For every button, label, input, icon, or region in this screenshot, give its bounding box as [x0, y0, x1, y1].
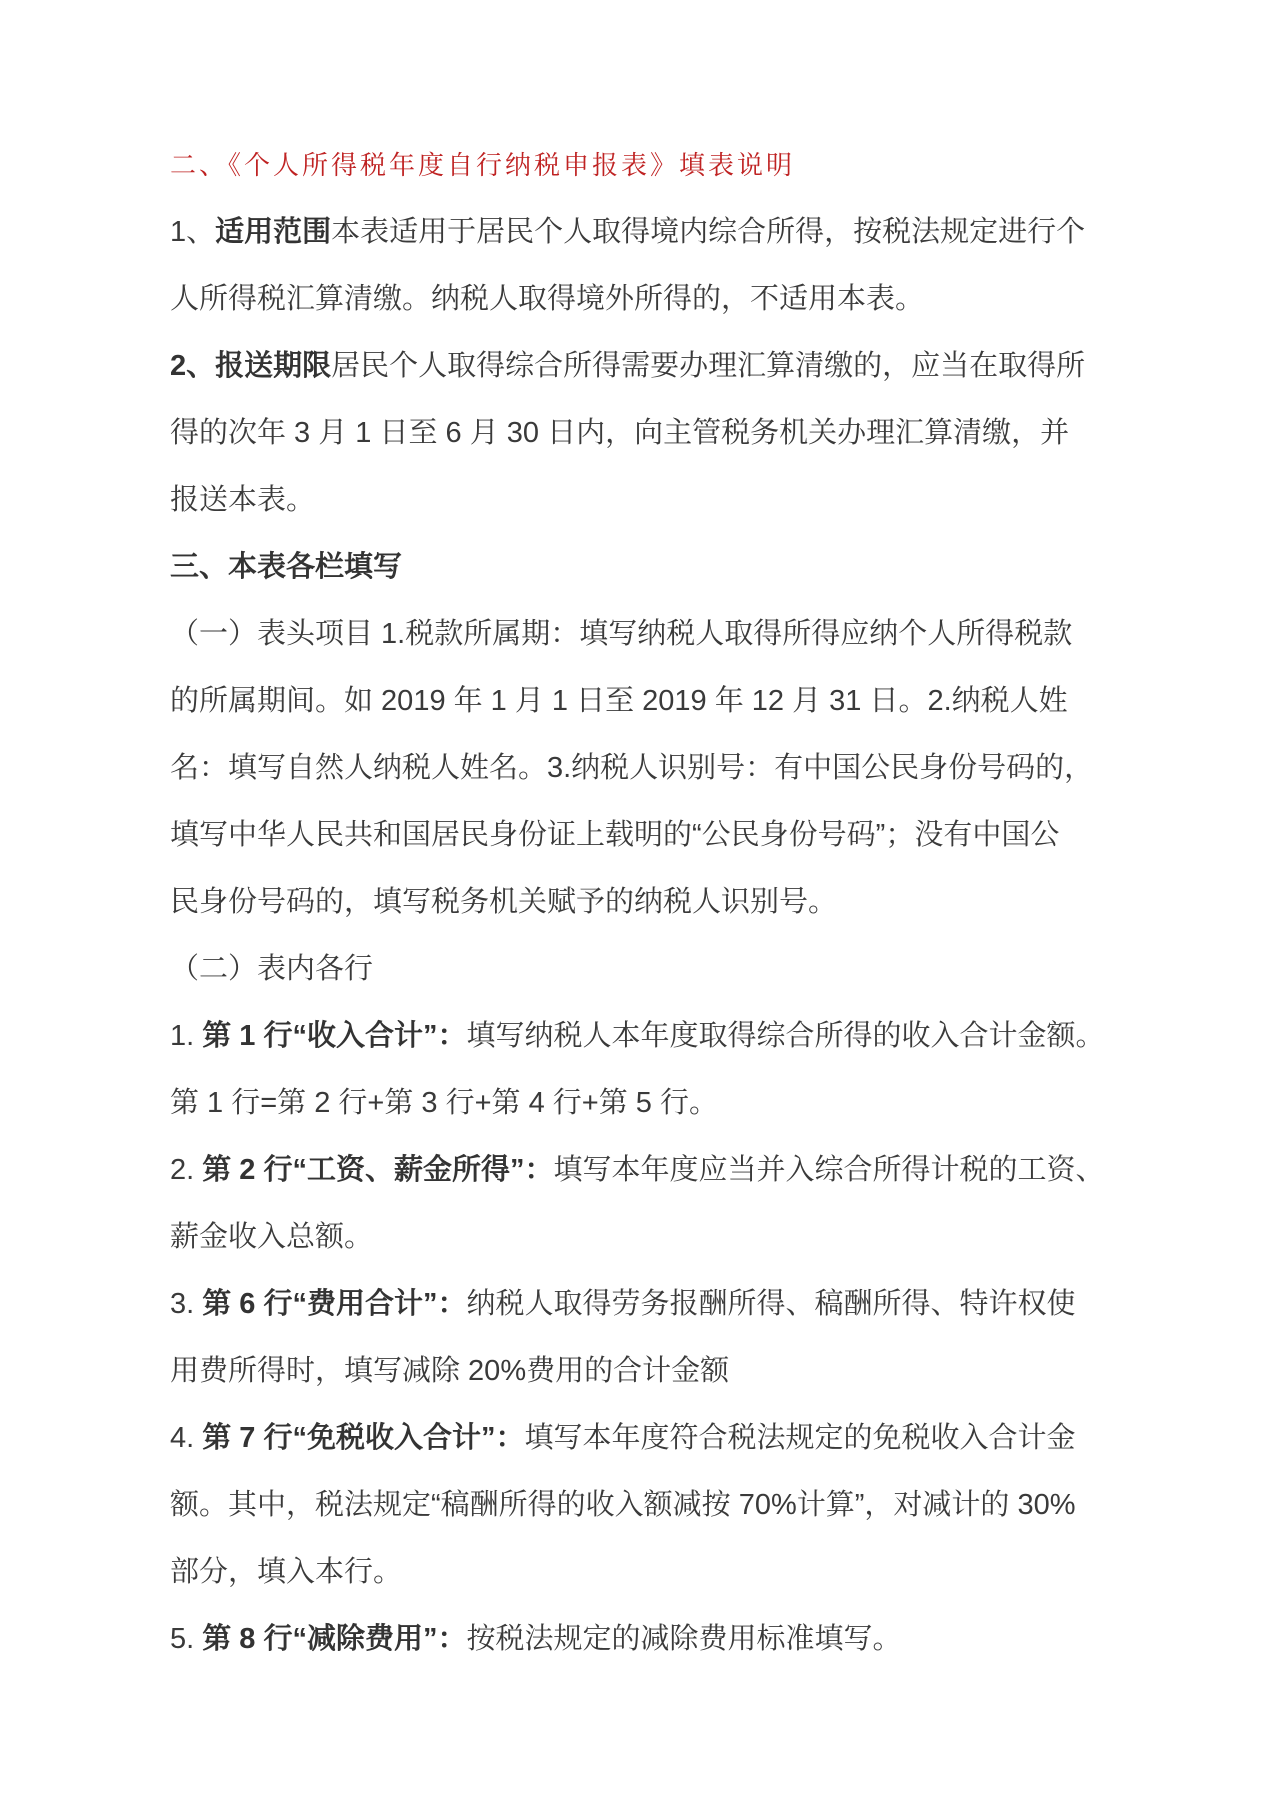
text-segment: 1.: [170, 1020, 202, 1052]
text-segment: 额。其中，税法规定“稿酬所得的收入额减按 70%计算”，对减计的 30%: [170, 1489, 1076, 1521]
text-segment: 居民个人取得综合所得需要办理汇算清缴的，应当在取得所: [331, 350, 1085, 382]
text-segment: （二）表内各行: [170, 953, 373, 985]
text-segment: 纳税人取得劳务报酬所得、稿酬所得、特许权使: [467, 1288, 1076, 1320]
text-line: （一）表头项目 1.税款所属期：填写纳税人取得所得应纳个人所得税款: [170, 601, 1130, 668]
text-segment-bold: 第 2 行“工资、薪金所得”：: [202, 1154, 553, 1186]
text-line: 薪金收入总额。: [170, 1204, 1130, 1271]
text-line: 4. 第 7 行“免税收入合计”：填写本年度符合税法规定的免税收入合计金: [170, 1405, 1130, 1472]
text-line: 2. 第 2 行“工资、薪金所得”：填写本年度应当并入综合所得计税的工资、: [170, 1137, 1130, 1204]
text-segment-bold: 第 1 行“收入合计”：: [202, 1020, 466, 1052]
text-segment: 4.: [170, 1422, 202, 1454]
text-segment: 的所属期间。如 2019 年 1 月 1 日至 2019 年 12 月 31 日…: [170, 685, 1068, 717]
text-segment: 填写本年度符合税法规定的免税收入合计金: [525, 1422, 1076, 1454]
text-segment: 用费所得时，填写减除 20%费用的合计金额: [170, 1355, 729, 1387]
text-line: 2、报送期限居民个人取得综合所得需要办理汇算清缴的，应当在取得所: [170, 333, 1130, 400]
text-line: 第 1 行=第 2 行+第 3 行+第 4 行+第 5 行。: [170, 1070, 1130, 1137]
text-line: （二）表内各行: [170, 936, 1130, 1003]
text-segment: 填写纳税人本年度取得综合所得的收入合计金额。: [467, 1020, 1105, 1052]
text-segment: 人所得税汇算清缴。纳税人取得境外所得的，不适用本表。: [170, 283, 924, 315]
text-segment-bold: 第 6 行“费用合计”：: [202, 1288, 466, 1320]
text-segment-bold: 2、报送期限: [170, 350, 331, 382]
text-segment-bold: 适用范围: [215, 216, 331, 248]
text-line: 报送本表。: [170, 467, 1130, 534]
text-segment: 5.: [170, 1623, 202, 1655]
text-line: 3. 第 6 行“费用合计”：纳税人取得劳务报酬所得、稿酬所得、特许权使: [170, 1271, 1130, 1338]
text-segment-bold: 三、本表各栏填写: [170, 551, 402, 583]
text-line: 人所得税汇算清缴。纳税人取得境外所得的，不适用本表。: [170, 266, 1130, 333]
text-segment: 本表适用于居民个人取得境内综合所得，按税法规定进行个: [331, 216, 1085, 248]
text-segment: 得的次年 3 月 1 日至 6 月 30 日内，向主管税务机关办理汇算清缴，并: [170, 417, 1069, 449]
text-segment-bold: 第 7 行“免税收入合计”：: [202, 1422, 524, 1454]
text-line: 用费所得时，填写减除 20%费用的合计金额: [170, 1338, 1130, 1405]
text-segment-bold: 第 8 行“减除费用”：: [202, 1623, 466, 1655]
text-line: 三、本表各栏填写: [170, 534, 1130, 601]
text-line: 填写中华人民共和国居民身份证上载明的“公民身份号码”；没有中国公: [170, 802, 1130, 869]
text-segment: 填写中华人民共和国居民身份证上载明的“公民身份号码”；没有中国公: [170, 819, 1059, 851]
text-segment: 部分，填入本行。: [170, 1556, 402, 1588]
document-page: 二、《个人所得税年度自行纳税申报表》填表说明 1、适用范围本表适用于居民个人取得…: [0, 0, 1280, 1810]
text-line: 1、适用范围本表适用于居民个人取得境内综合所得，按税法规定进行个: [170, 199, 1130, 266]
document-content: 二、《个人所得税年度自行纳税申报表》填表说明 1、适用范围本表适用于居民个人取得…: [170, 132, 1130, 1673]
text-segment: 民身份号码的，填写税务机关赋予的纳税人识别号。: [170, 886, 837, 918]
text-segment: 薪金收入总额。: [170, 1221, 373, 1253]
text-segment: 1、: [170, 216, 215, 248]
text-segment: 3.: [170, 1288, 202, 1320]
text-line: 的所属期间。如 2019 年 1 月 1 日至 2019 年 12 月 31 日…: [170, 668, 1130, 735]
text-line: 1. 第 1 行“收入合计”：填写纳税人本年度取得综合所得的收入合计金额。: [170, 1003, 1130, 1070]
text-line: 额。其中，税法规定“稿酬所得的收入额减按 70%计算”，对减计的 30%: [170, 1472, 1130, 1539]
text-line: 名：填写自然人纳税人姓名。3.纳税人识别号：有中国公民身份号码的，: [170, 735, 1130, 802]
text-line: 5. 第 8 行“减除费用”：按税法规定的减除费用标准填写。: [170, 1606, 1130, 1673]
text-segment: 名：填写自然人纳税人姓名。3.纳税人识别号：有中国公民身份号码的，: [170, 752, 1093, 784]
text-line: 民身份号码的，填写税务机关赋予的纳税人识别号。: [170, 869, 1130, 936]
text-line: 得的次年 3 月 1 日至 6 月 30 日内，向主管税务机关办理汇算清缴，并: [170, 400, 1130, 467]
text-segment: 报送本表。: [170, 484, 315, 516]
document-body: 1、适用范围本表适用于居民个人取得境内综合所得，按税法规定进行个人所得税汇算清缴…: [170, 199, 1130, 1673]
text-segment: 2.: [170, 1154, 202, 1186]
text-segment: 按税法规定的减除费用标准填写。: [467, 1623, 902, 1655]
text-line: 部分，填入本行。: [170, 1539, 1130, 1606]
text-segment: 第 1 行=第 2 行+第 3 行+第 4 行+第 5 行。: [170, 1087, 718, 1119]
text-segment: 填写本年度应当并入综合所得计税的工资、: [554, 1154, 1105, 1186]
text-segment: （一）表头项目 1.税款所属期：填写纳税人取得所得应纳个人所得税款: [170, 618, 1072, 650]
document-title: 二、《个人所得税年度自行纳税申报表》填表说明: [170, 132, 1130, 199]
